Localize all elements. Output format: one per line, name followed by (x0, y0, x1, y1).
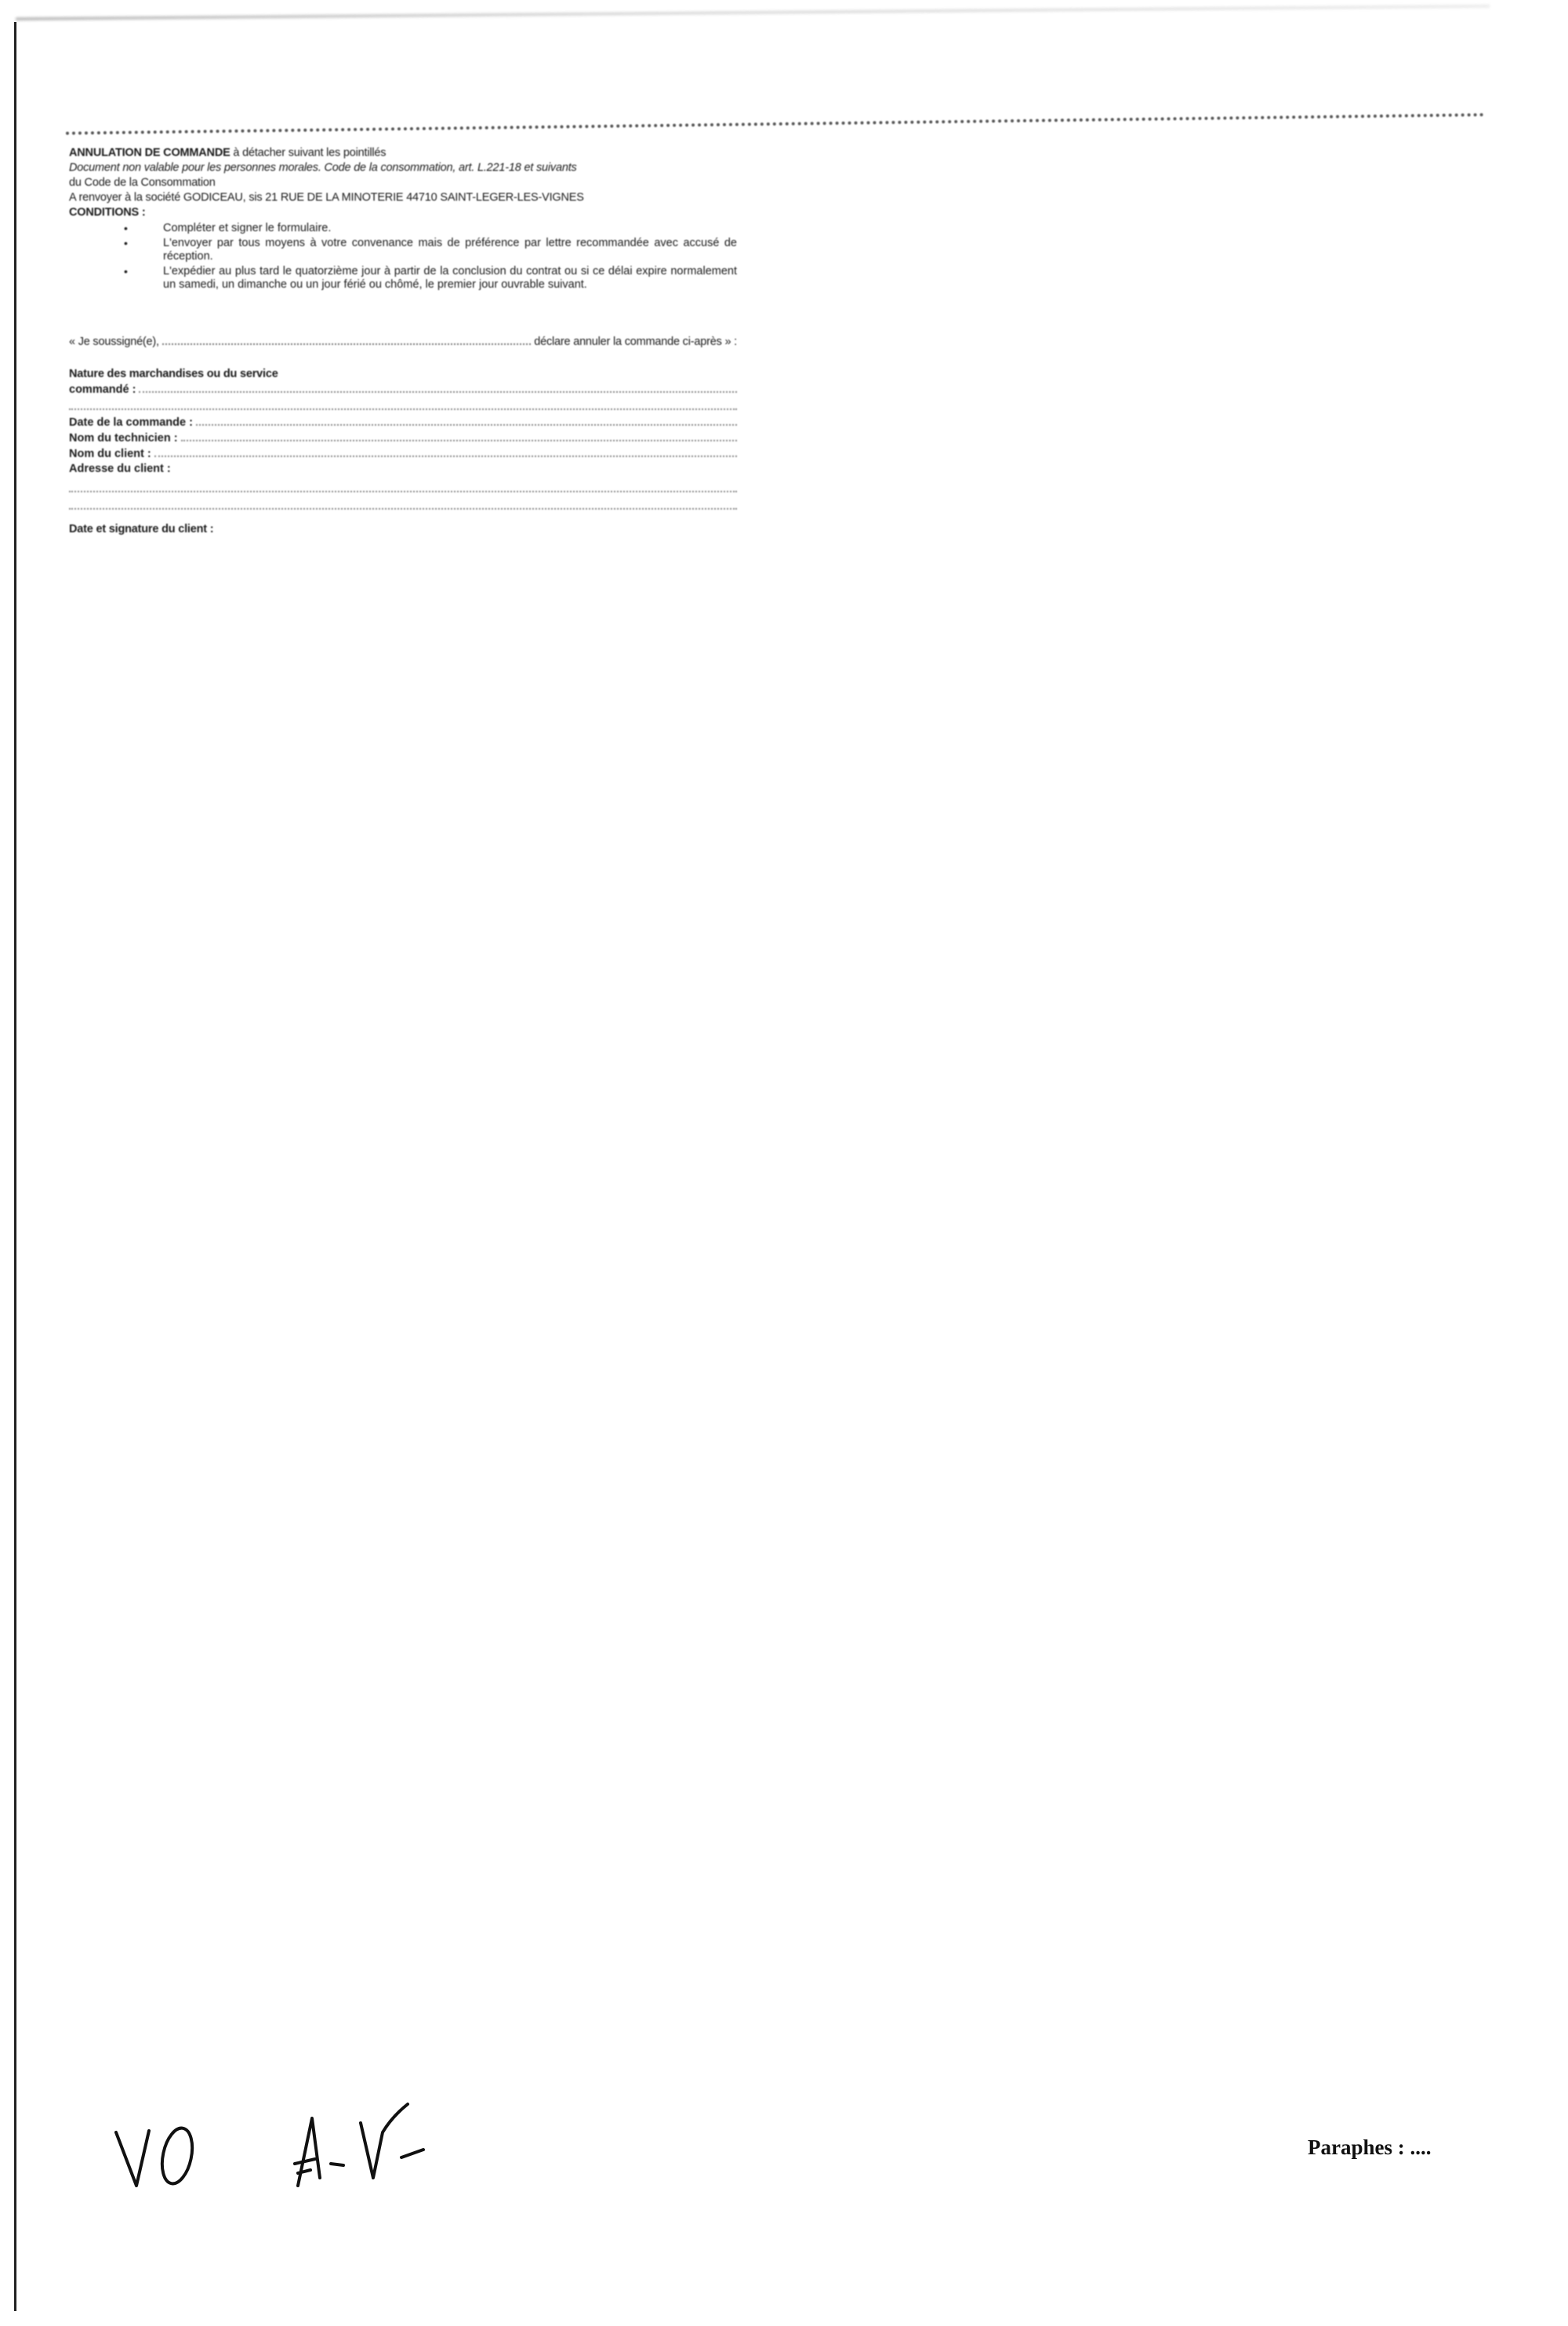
cancellation-form: ANNULATION DE COMMANDE à détacher suivan… (69, 146, 737, 537)
bullet-icon: • (124, 222, 128, 235)
form-title: ANNULATION DE COMMANDE à détacher suivan… (69, 146, 737, 161)
condition-text: Compléter et signer le formulaire. (163, 222, 331, 234)
bullet-icon: • (124, 237, 128, 250)
order-date-field: Date de la commande : (69, 415, 737, 430)
client-address-label: Adresse du client : (69, 462, 171, 477)
goods-fill-line-2[interactable] (69, 397, 737, 410)
bullet-icon: • (124, 265, 128, 278)
paraphes-label: Paraphes : .... (1308, 2135, 1432, 2160)
signature-label: Date et signature du client : (69, 522, 737, 537)
condition-text: L'envoyer par tous moyens à votre conven… (163, 237, 737, 263)
order-date-fill-line[interactable] (196, 415, 737, 426)
client-name-field: Nom du client : (69, 446, 737, 462)
client-address-field: Adresse du client : (69, 462, 737, 477)
page-left-edge (14, 22, 16, 2311)
order-date-label: Date de la commande : (69, 415, 193, 430)
name-fill-line[interactable] (162, 334, 531, 345)
technician-field: Nom du technicien : (69, 430, 737, 446)
goods-label-cont: commandé : (69, 383, 136, 397)
dotted-cut-line (66, 113, 1485, 135)
page-top-edge (16, 5, 1490, 20)
conditions-list: •Compléter et signer le formulaire. •L'e… (69, 222, 737, 292)
send-to-address: A renvoyer à la société GODICEAU, sis 21… (69, 191, 737, 205)
legal-notice: Document non valable pour les personnes … (69, 161, 737, 176)
form-title-suffix: à détacher suivant les pointillés (230, 147, 387, 159)
client-name-label: Nom du client : (69, 447, 151, 462)
legal-notice-cont: du Code de la Consommation (69, 176, 737, 191)
declaration-start: « Je soussigné(e), (69, 335, 159, 350)
goods-fill-line[interactable] (139, 382, 737, 393)
technician-fill-line[interactable] (181, 430, 737, 441)
goods-label: Nature des marchandises ou du service (69, 367, 737, 382)
declaration-end: déclare annuler la commande ci-après » : (534, 335, 737, 350)
address-fill-line-2[interactable] (69, 497, 737, 510)
condition-item: •L'envoyer par tous moyens à votre conve… (69, 237, 737, 263)
order-fields: Nature des marchandises ou du service co… (69, 367, 737, 537)
handwritten-initials (110, 2101, 549, 2195)
technician-label: Nom du technicien : (69, 431, 178, 446)
conditions-label: CONDITIONS : (69, 205, 737, 220)
goods-field: commandé : (69, 382, 737, 397)
condition-item: •L'expédier au plus tard le quatorzième … (69, 265, 737, 292)
declaration-line: « Je soussigné(e), déclare annuler la co… (69, 334, 737, 350)
form-title-text: ANNULATION DE COMMANDE (69, 147, 230, 159)
client-name-fill-line[interactable] (154, 446, 737, 457)
address-fill-line-1[interactable] (69, 480, 737, 492)
condition-item: •Compléter et signer le formulaire. (69, 222, 737, 235)
condition-text: L'expédier au plus tard le quatorzième j… (163, 265, 737, 291)
